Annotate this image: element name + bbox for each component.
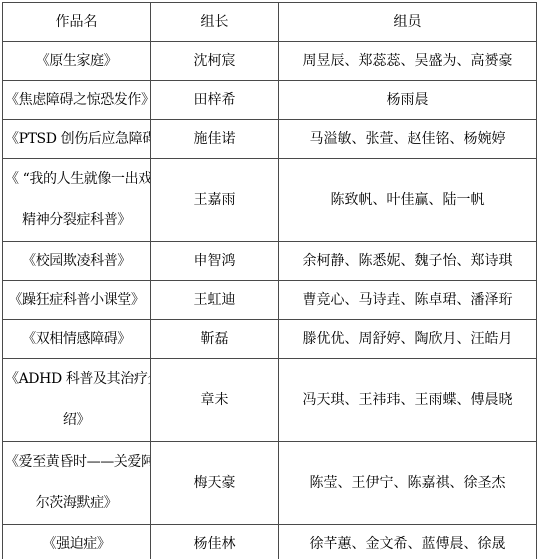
table-row: 《 “我的人生就像一出戏” 精神分裂症科普》 王嘉雨 陈致帆、叶佳赢、陆一帆 <box>3 159 537 242</box>
table-row: 《强迫症》 杨佳林 徐芊蕙、金文希、蓝傅晨、徐晟 <box>3 525 537 559</box>
work-title-cell: 《爱至黄昏时——关爱阿 尔茨海默症》 <box>3 442 151 525</box>
table-row: 《校园欺凌科普》 申智鸿 余柯静、陈悉妮、魏子怡、郑诗琪 <box>3 242 537 281</box>
leader-cell: 施佳诺 <box>151 120 279 159</box>
work-title-cell: 《双相情感障碍》 <box>3 320 151 359</box>
work-title-cell: 《强迫症》 <box>3 525 151 559</box>
members-cell: 徐芊蕙、金文希、蓝傅晨、徐晟 <box>279 525 537 559</box>
works-table: 作品名 组长 组员 《原生家庭》 沈柯宸 周昱辰、郑蕊蕊、吴盛为、高赟豪 《焦虑… <box>2 2 537 559</box>
header-members: 组员 <box>279 3 537 42</box>
header-leader: 组长 <box>151 3 279 42</box>
work-title-cell: 《 “我的人生就像一出戏” 精神分裂症科普》 <box>3 159 151 242</box>
work-title-cell: 《ADHD 科普及其治疗介 绍》 <box>3 359 151 442</box>
work-title-cell: 《PTSD 创伤后应急障碍》 <box>3 120 151 159</box>
header-work-title: 作品名 <box>3 3 151 42</box>
work-title-cell: 《校园欺凌科普》 <box>3 242 151 281</box>
table-row: 《躁狂症科普小课堂》 王虹迪 曹竞心、马诗垚、陈卓珺、潘泽珩 <box>3 281 537 320</box>
members-cell: 余柯静、陈悉妮、魏子怡、郑诗琪 <box>279 242 537 281</box>
table-body: 《原生家庭》 沈柯宸 周昱辰、郑蕊蕊、吴盛为、高赟豪 《焦虑障碍之惊恐发作》 田… <box>3 42 537 559</box>
table-row: 《PTSD 创伤后应急障碍》 施佳诺 马溢敏、张萱、赵佳铭、杨婉婷 <box>3 120 537 159</box>
table-row: 《双相情感障碍》 靳磊 滕优优、周舒婷、陶欣月、汪皓月 <box>3 320 537 359</box>
table-row: 《焦虑障碍之惊恐发作》 田梓希 杨雨晨 <box>3 81 537 120</box>
leader-cell: 沈柯宸 <box>151 42 279 81</box>
table-row: 《原生家庭》 沈柯宸 周昱辰、郑蕊蕊、吴盛为、高赟豪 <box>3 42 537 81</box>
leader-cell: 田梓希 <box>151 81 279 120</box>
table-row: 《爱至黄昏时——关爱阿 尔茨海默症》 梅天豪 陈莹、王伊宁、陈嘉祺、徐圣杰 <box>3 442 537 525</box>
members-cell: 杨雨晨 <box>279 81 537 120</box>
members-cell: 马溢敏、张萱、赵佳铭、杨婉婷 <box>279 120 537 159</box>
work-title-cell: 《焦虑障碍之惊恐发作》 <box>3 81 151 120</box>
leader-cell: 杨佳林 <box>151 525 279 559</box>
work-title-cell: 《原生家庭》 <box>3 42 151 81</box>
leader-cell: 章未 <box>151 359 279 442</box>
members-cell: 冯天琪、王祎玮、王雨蝶、傅晨晓 <box>279 359 537 442</box>
table-row: 《ADHD 科普及其治疗介 绍》 章未 冯天琪、王祎玮、王雨蝶、傅晨晓 <box>3 359 537 442</box>
members-cell: 曹竞心、马诗垚、陈卓珺、潘泽珩 <box>279 281 537 320</box>
work-title-cell: 《躁狂症科普小课堂》 <box>3 281 151 320</box>
members-cell: 陈莹、王伊宁、陈嘉祺、徐圣杰 <box>279 442 537 525</box>
leader-cell: 靳磊 <box>151 320 279 359</box>
leader-cell: 梅天豪 <box>151 442 279 525</box>
leader-cell: 王虹迪 <box>151 281 279 320</box>
header-row: 作品名 组长 组员 <box>3 3 537 42</box>
leader-cell: 申智鸿 <box>151 242 279 281</box>
members-cell: 滕优优、周舒婷、陶欣月、汪皓月 <box>279 320 537 359</box>
document-page: 作品名 组长 组员 《原生家庭》 沈柯宸 周昱辰、郑蕊蕊、吴盛为、高赟豪 《焦虑… <box>0 0 539 559</box>
members-cell: 陈致帆、叶佳赢、陆一帆 <box>279 159 537 242</box>
leader-cell: 王嘉雨 <box>151 159 279 242</box>
members-cell: 周昱辰、郑蕊蕊、吴盛为、高赟豪 <box>279 42 537 81</box>
